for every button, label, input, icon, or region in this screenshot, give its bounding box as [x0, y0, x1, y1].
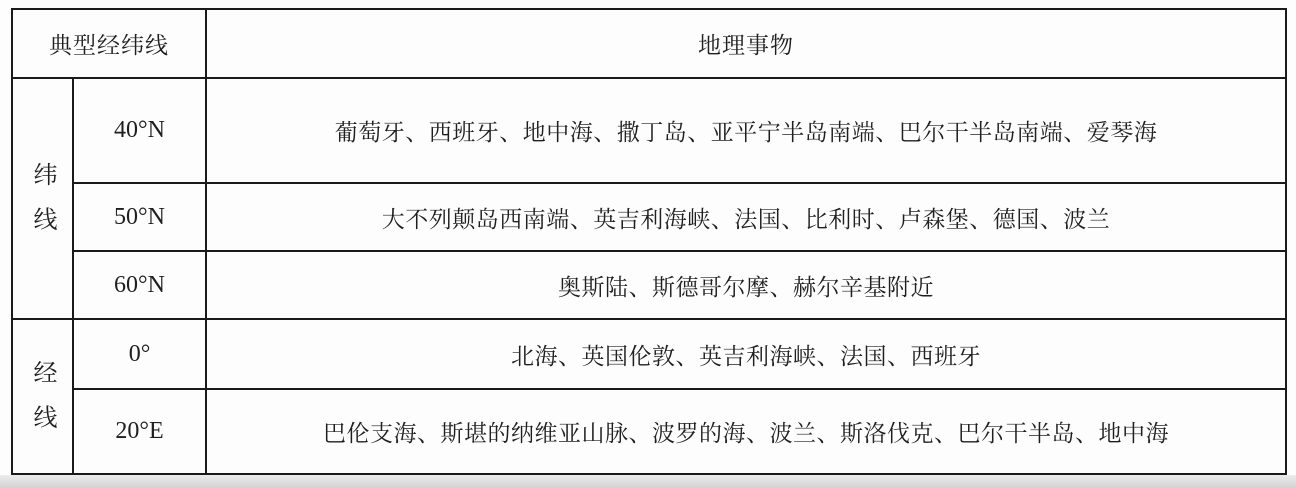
group-cell-latitude: 纬线 [12, 78, 73, 319]
group-label-latitude: 纬线 [25, 162, 60, 251]
features-cell-50n: 大不列颠岛西南端、英吉利海峡、法国、比利时、卢森堡、德国、波兰 [206, 183, 1286, 251]
table-header-row: 典型经纬线 地理事物 [12, 9, 1286, 78]
table-row: 50°N 大不列颠岛西南端、英吉利海峡、法国、比利时、卢森堡、德国、波兰 [12, 183, 1286, 251]
table-row: 纬线 40°N 葡萄牙、西班牙、地中海、撒丁岛、亚平宁半岛南端、巴尔干半岛南端、… [12, 78, 1286, 183]
page: 典型经纬线 地理事物 纬线 40°N 葡萄牙、西班牙、地中海、撒丁岛、亚平宁半岛… [0, 0, 1296, 488]
features-cell-40n: 葡萄牙、西班牙、地中海、撒丁岛、亚平宁半岛南端、巴尔干半岛南端、爱琴海 [206, 78, 1286, 183]
table-row: 经线 0° 北海、英国伦敦、英吉利海峡、法国、西班牙 [12, 319, 1286, 389]
table-row: 20°E 巴伦支海、斯堪的纳维亚山脉、波罗的海、波兰、斯洛伐克、巴尔干半岛、地中… [12, 389, 1286, 474]
bottom-shadow [0, 475, 1296, 488]
line-cell-50n: 50°N [73, 183, 206, 251]
header-geo-features: 地理事物 [206, 9, 1286, 78]
line-cell-20e: 20°E [73, 389, 206, 474]
features-cell-20e: 巴伦支海、斯堪的纳维亚山脉、波罗的海、波兰、斯洛伐克、巴尔干半岛、地中海 [206, 389, 1286, 474]
group-label-longitude: 经线 [25, 360, 60, 449]
line-cell-0: 0° [73, 319, 206, 389]
features-cell-0: 北海、英国伦敦、英吉利海峡、法国、西班牙 [206, 319, 1286, 389]
group-cell-longitude: 经线 [12, 319, 73, 474]
line-cell-60n: 60°N [73, 251, 206, 319]
features-cell-60n: 奥斯陆、斯德哥尔摩、赫尔辛基附近 [206, 251, 1286, 319]
table-row: 60°N 奥斯陆、斯德哥尔摩、赫尔辛基附近 [12, 251, 1286, 319]
header-typical-lines: 典型经纬线 [12, 9, 206, 78]
line-cell-40n: 40°N [73, 78, 206, 183]
latitude-longitude-table: 典型经纬线 地理事物 纬线 40°N 葡萄牙、西班牙、地中海、撒丁岛、亚平宁半岛… [11, 8, 1287, 475]
